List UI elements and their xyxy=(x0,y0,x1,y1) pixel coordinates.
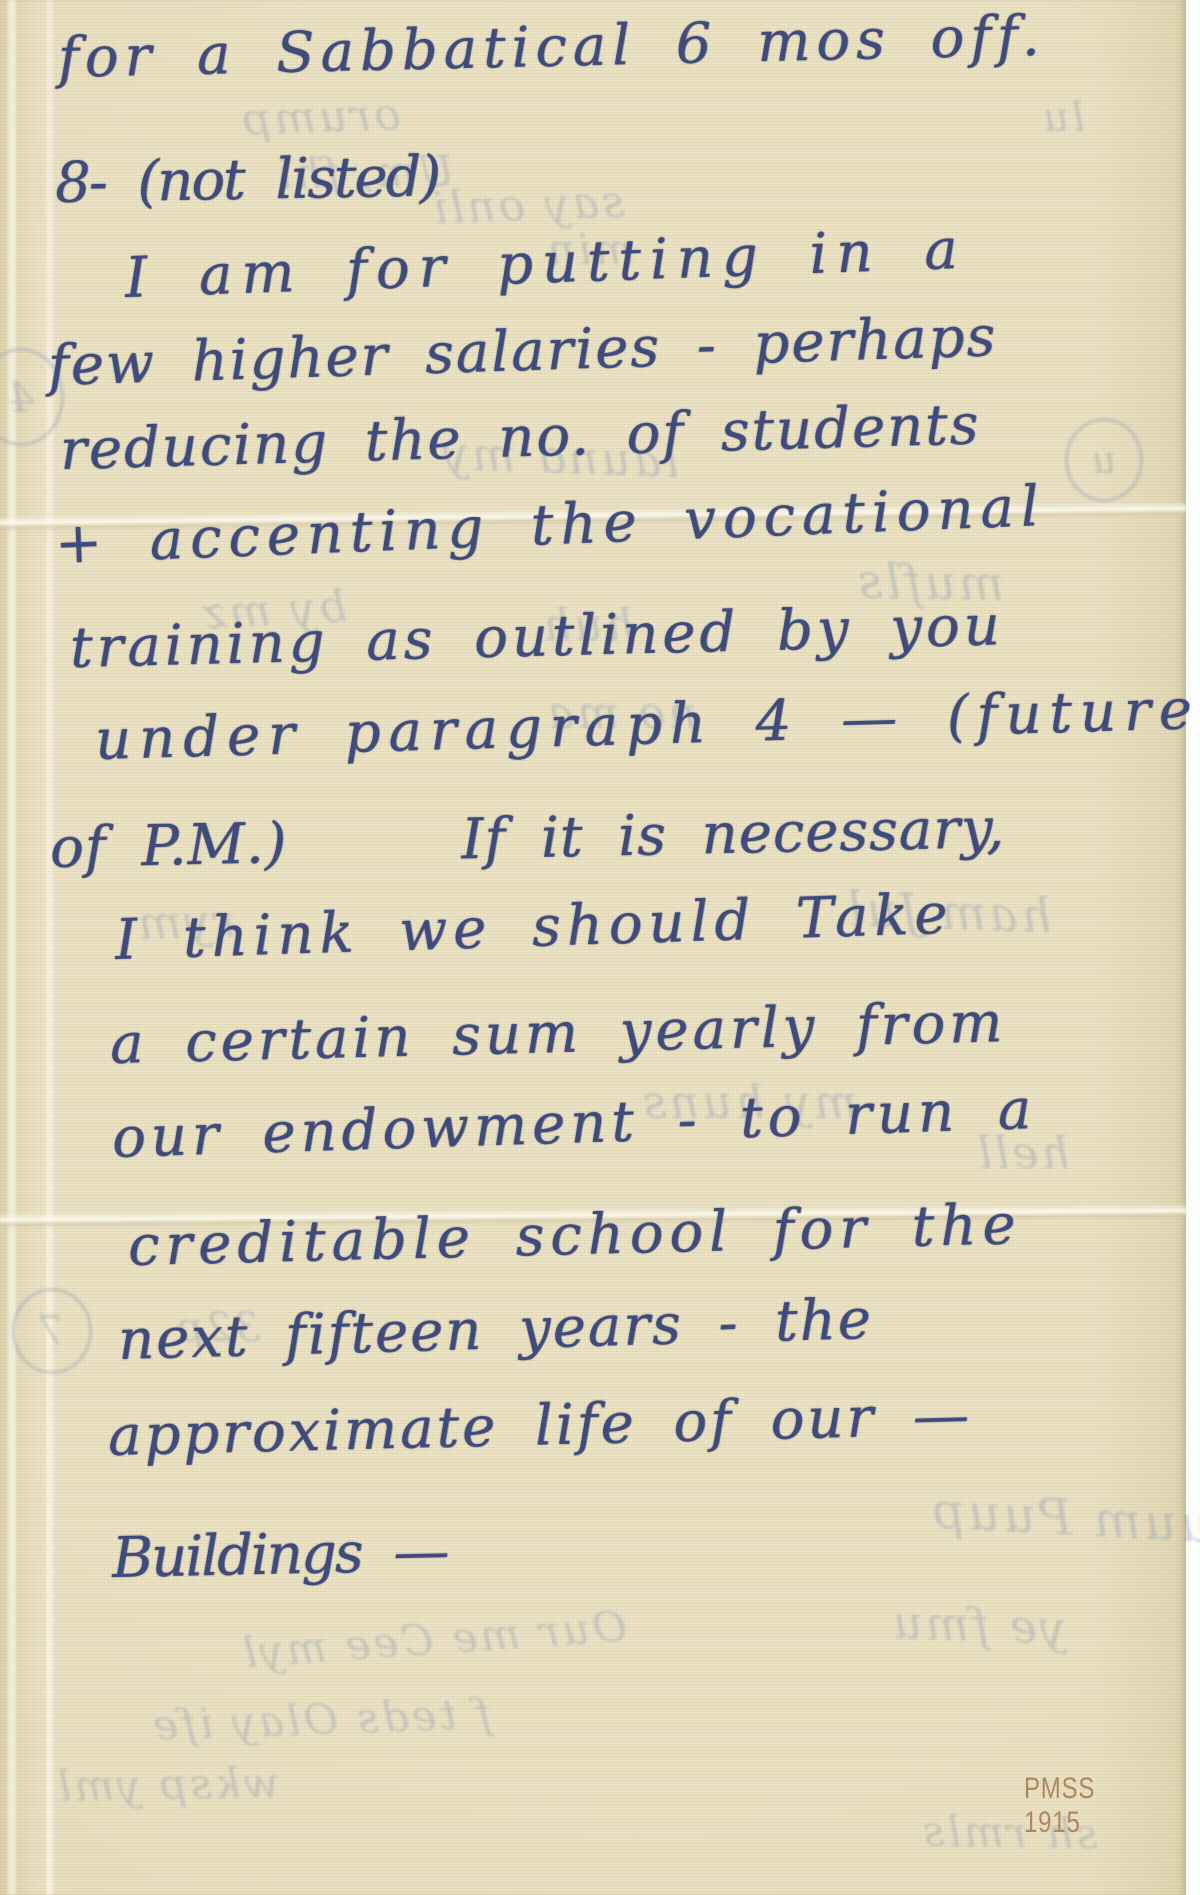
paper-sheet: orump Um, fhi lu say onli min 4 laund my… xyxy=(0,0,1186,1895)
handwriting-line: few higher salaries - perhaps xyxy=(47,306,998,397)
handwriting-line: for a Sabbatical 6 mos off. xyxy=(57,6,1046,90)
handwriting-line: a certain sum yearly from xyxy=(109,992,1007,1075)
handwriting-line: creditable school for the xyxy=(127,1194,1022,1277)
ink-bleedthrough: Our me Cee myl xyxy=(239,1602,629,1678)
ink-bleedthrough-circle: u xyxy=(1065,418,1143,502)
scanner-background xyxy=(1186,0,1200,1895)
ink-bleedthrough: Quum Puup xyxy=(929,1482,1200,1557)
ink-bleedthrough: wksp yml xyxy=(55,1758,280,1811)
ink-bleedthrough-circle: 7 xyxy=(12,1288,92,1374)
handwriting-line: next fifteen years - the xyxy=(117,1289,873,1372)
archive-watermark: PMSS 1915 xyxy=(1024,1772,1154,1840)
handwriting-line: I am for putting in a xyxy=(124,219,968,310)
handwriting-line: 8- (not listed) xyxy=(54,146,439,214)
handwriting-line: of P.M.) If it is necessary, xyxy=(49,798,1005,880)
ink-bleedthrough: ye fmu xyxy=(889,1595,1067,1655)
ink-bleedthrough: orump xyxy=(239,89,401,146)
handwriting-line: approximate life of our — xyxy=(107,1385,972,1468)
scan-light-strip xyxy=(8,0,16,1895)
scanned-letter-page: orump Um, fhi lu say onli min 4 laund my… xyxy=(0,0,1200,1895)
handwriting-line: I think we should Take xyxy=(114,884,954,972)
scan-light-strip xyxy=(46,0,53,1895)
handwriting-line: under paragraph 4 — (future xyxy=(94,679,1200,771)
handwriting-line: Buildings — xyxy=(111,1521,447,1590)
handwriting-line: our endowment - to run a xyxy=(111,1079,1037,1170)
ink-bleedthrough: f teds Olay ife xyxy=(149,1689,492,1750)
ink-bleedthrough: lu xyxy=(1040,95,1085,141)
handwriting-line: reducing the no. of students xyxy=(59,394,981,481)
